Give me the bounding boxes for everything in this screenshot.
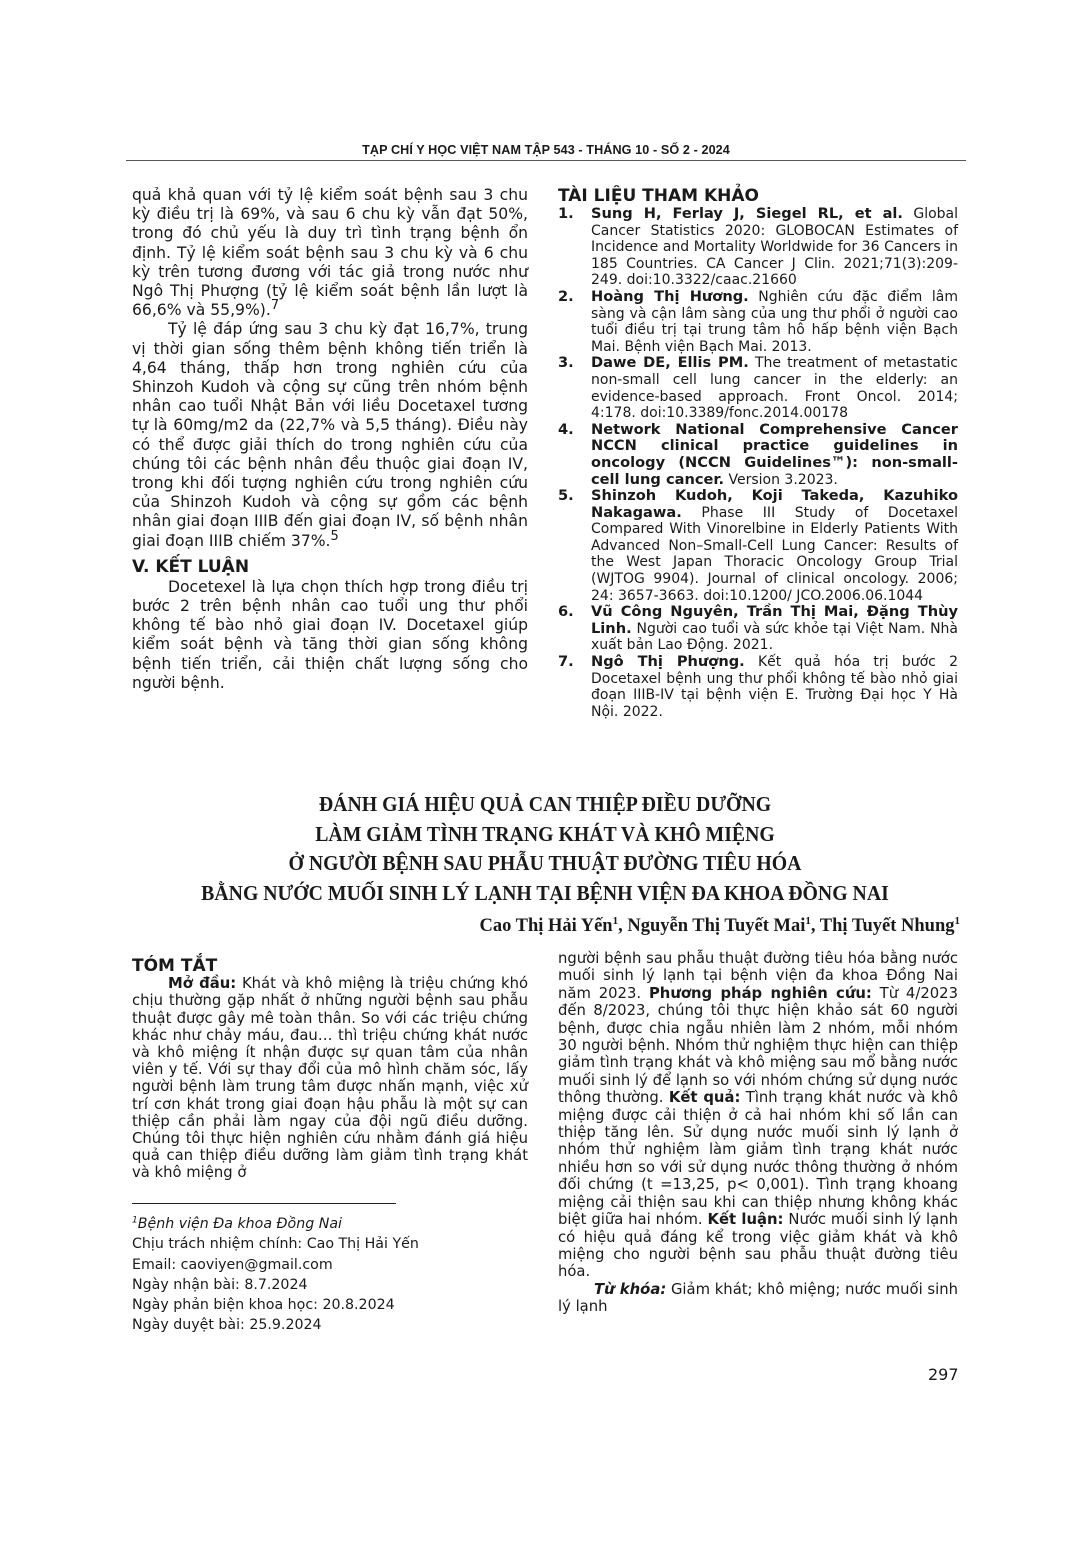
keywords: Từ khóa: Giảm khát; khô miệng; nước muối… [558,1281,958,1316]
review-date: Ngày phản biện khoa học: 20.8.2024 [132,1295,528,1315]
footnote-rule [132,1203,396,1204]
abstract-right-column: người bệnh sau phẫu thuật đường tiêu hóa… [558,950,958,1316]
abstract-left-column: TÓM TẮT Mở đầu: Khát và khô miệng là tri… [132,958,528,1182]
received-date: Ngày nhận bài: 8.7.2024 [132,1275,528,1295]
reference-item: 6.Vũ Công Nguyên, Trần Thị Mai, Đặng Thù… [558,604,958,654]
reference-item: 4.Network National Comprehensive Cancer … [558,422,958,488]
reference-item: 2.Hoàng Thị Hương. Nghiên cứu đặc điểm l… [558,289,958,355]
conclusion-heading: V. KẾT LUẬN [132,557,528,578]
reference-item: 3.Dawe DE, Ellis PM. The treatment of me… [558,355,958,421]
affiliation: 1Bệnh viện Đa khoa Đồng Nai [132,1214,528,1234]
header-rule [126,160,966,161]
footnotes: 1Bệnh viện Đa khoa Đồng Nai Chịu trách n… [132,1214,528,1336]
abstract-intro: Mở đầu: Khát và khô miệng là triệu chứng… [132,975,528,1181]
discussion-paragraph-2: Tỷ lệ đáp ứng sau 3 chu kỳ đạt 16,7%, tr… [132,320,528,550]
reference-item: 7.Ngô Thị Phượng. Kết quả hóa trị bước 2… [558,654,958,720]
page-number: 297 [928,1365,959,1384]
abstract-continuation: người bệnh sau phẫu thuật đường tiêu hóa… [558,950,958,1281]
citation-superscript: 7 [271,298,279,313]
conclusion-paragraph: Docetexel là lựa chọn thích hợp trong đi… [132,578,528,693]
prev-article-left-column: quả khả quan với tỷ lệ kiểm soát bệnh sa… [132,186,528,693]
article-authors: Cao Thị Hải Yến1, Nguyễn Thị Tuyết Mai1,… [479,916,960,937]
accepted-date: Ngày duyệt bài: 25.9.2024 [132,1315,528,1335]
journal-header: TẠP CHÍ Y HỌC VIỆT NAM TẬP 543 - THÁNG 1… [128,143,964,157]
email: Email: caoviyen@gmail.com [132,1255,528,1275]
reference-list: 1.Sung H, Ferlay J, Siegel RL, et al. Gl… [558,206,958,720]
corresponding-author: Chịu trách nhiệm chính: Cao Thị Hải Yến [132,1234,528,1254]
references-section: TÀI LIỆU THAM KHẢO 1.Sung H, Ferlay J, S… [558,186,958,720]
discussion-paragraph-1: quả khả quan với tỷ lệ kiểm soát bệnh sa… [132,186,528,320]
citation-superscript: 5 [331,528,339,543]
article-title: ĐÁNH GIÁ HIỆU QUẢ CAN THIỆP ĐIỀU DƯỠNG L… [154,790,936,908]
abstract-heading: TÓM TẮT [132,958,528,975]
reference-item: 1.Sung H, Ferlay J, Siegel RL, et al. Gl… [558,206,958,289]
reference-item: 5.Shinzoh Kudoh, Koji Takeda, Kazuhiko N… [558,488,958,604]
references-heading: TÀI LIỆU THAM KHẢO [558,186,958,206]
